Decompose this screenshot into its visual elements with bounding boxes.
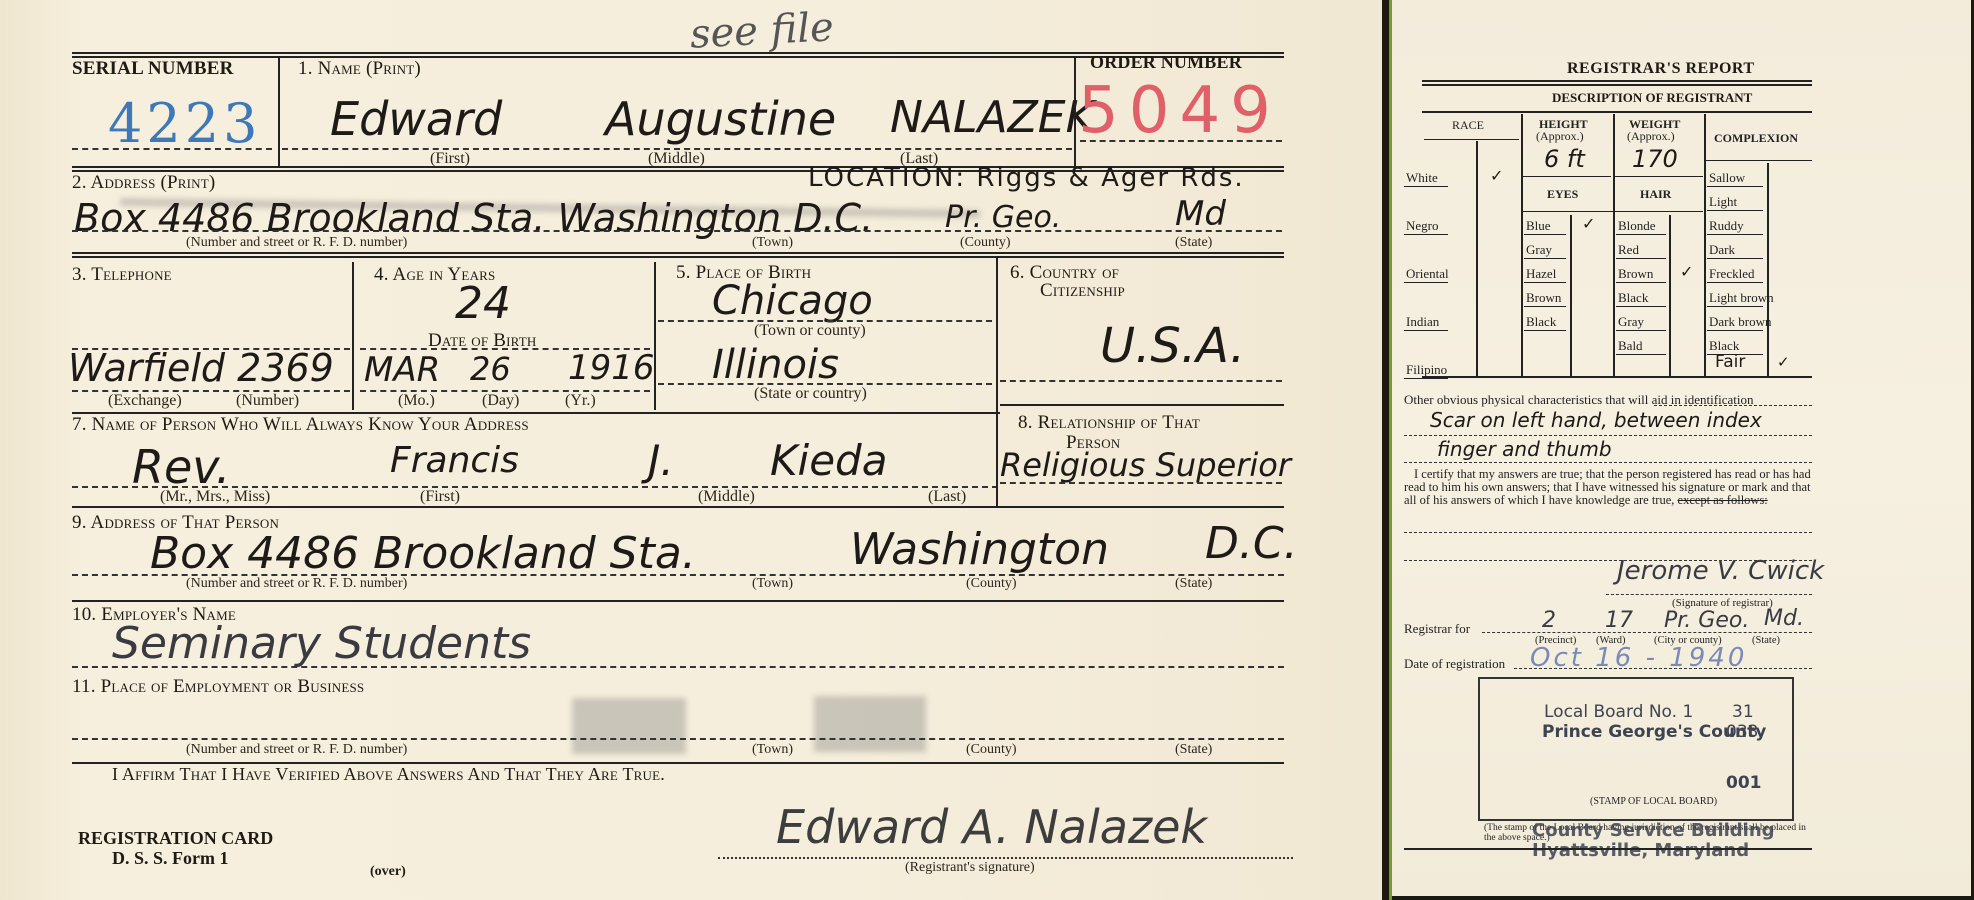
caption-pob-town: (Town or county) bbox=[754, 322, 866, 340]
serial-number-value: 4223 bbox=[108, 92, 261, 155]
weight-rule bbox=[1615, 176, 1703, 177]
over-note: (over) bbox=[370, 864, 406, 880]
race-header: RACE bbox=[1452, 118, 1484, 133]
complexion-header-rule bbox=[1706, 160, 1812, 161]
registrars-report-card: REGISTRAR'S REPORT DESCRIPTION OF REGIST… bbox=[1392, 0, 1971, 896]
complexion-row-rule bbox=[1707, 306, 1763, 307]
dob-month: MAR bbox=[364, 350, 440, 390]
complexion-option: Sallow bbox=[1709, 170, 1745, 186]
caption-state: (State) bbox=[1175, 235, 1212, 251]
race-option: Indian bbox=[1406, 314, 1439, 330]
redaction-town bbox=[572, 698, 686, 754]
other-dash-2 bbox=[1404, 462, 1812, 463]
divider-age-pob bbox=[654, 262, 656, 410]
contact-address-town: Washington bbox=[850, 524, 1109, 575]
eyes-row-rule bbox=[1524, 258, 1566, 259]
name-last: NALAZEK bbox=[890, 92, 1094, 143]
registrar-sig-dash bbox=[1606, 594, 1812, 595]
eyes-check-divider bbox=[1570, 215, 1572, 377]
caption-county: (County) bbox=[960, 235, 1011, 251]
check-mark-icon: ✓ bbox=[1582, 214, 1595, 234]
date-of-registration-value: Oct 16 - 1940 bbox=[1530, 643, 1747, 673]
eyes-hair-rule bbox=[1523, 211, 1703, 212]
weight-sub: (Approx.) bbox=[1627, 129, 1675, 144]
other-characteristics-line1: Scar on left hand, between index bbox=[1430, 408, 1762, 432]
caption-emp-town: (Town) bbox=[752, 742, 793, 758]
race-row-rule bbox=[1404, 282, 1448, 283]
caption-ca-state: (State) bbox=[1175, 576, 1212, 592]
report-subtitle: DESCRIPTION OF REGISTRANT bbox=[1552, 90, 1752, 106]
eyes-header: EYES bbox=[1547, 187, 1578, 202]
stamp-caption: (STAMP OF LOCAL BOARD) bbox=[1590, 796, 1717, 807]
report-title-rule bbox=[1422, 80, 1812, 86]
certification-struck: except as follows: bbox=[1678, 493, 1768, 507]
hair-option: Gray bbox=[1618, 314, 1644, 330]
name-middle: Augustine bbox=[605, 92, 836, 146]
employer-value: Seminary Students bbox=[112, 618, 531, 669]
address-label: 2. Address (Print) bbox=[72, 172, 215, 194]
race-row-rule bbox=[1404, 234, 1448, 235]
complexion-header: COMPLEXION bbox=[1714, 131, 1798, 146]
employer-dash bbox=[72, 666, 1284, 668]
order-dash bbox=[1080, 140, 1282, 142]
height-sub: (Approx.) bbox=[1536, 129, 1584, 144]
hair-option: Bald bbox=[1618, 338, 1643, 354]
registrar-precinct: 2 bbox=[1542, 608, 1556, 633]
form-title: REGISTRATION CARD bbox=[78, 828, 273, 849]
name-first: Edward bbox=[330, 92, 502, 146]
complexion-row-rule bbox=[1707, 210, 1763, 211]
stamp-num1: 31 bbox=[1732, 702, 1754, 722]
eyes-option: Hazel bbox=[1526, 266, 1556, 282]
hair-option: Blonde bbox=[1618, 218, 1656, 234]
contact-label: 7. Name of Person Who Will Always Know Y… bbox=[72, 414, 529, 436]
stamp-board: Local Board No. 1 bbox=[1544, 702, 1693, 722]
caption-contact-first: (First) bbox=[420, 488, 460, 506]
hair-row-rule bbox=[1616, 258, 1666, 259]
hair-row-rule bbox=[1616, 330, 1666, 331]
caption-contact-middle: (Middle) bbox=[698, 488, 755, 506]
contact-first: Francis bbox=[390, 440, 519, 481]
caption-pob-state: (State or country) bbox=[754, 385, 867, 403]
caption-ca-town: (Town) bbox=[752, 576, 793, 592]
redaction-county bbox=[814, 696, 926, 752]
race-height-divider bbox=[1521, 114, 1523, 377]
complexion-check-divider bbox=[1767, 163, 1769, 377]
serial-divider bbox=[278, 58, 280, 168]
check-mark-icon: ✓ bbox=[1680, 262, 1693, 282]
address-dash bbox=[72, 230, 1282, 232]
contact-address-state: D.C. bbox=[1205, 518, 1298, 569]
relationship-label-1: 8. Relationship of That bbox=[1018, 412, 1200, 434]
hair-option: Black bbox=[1618, 290, 1648, 306]
registrar-for-dash bbox=[1482, 632, 1812, 633]
affirmation-text: I Affirm That I Have Verified Above Answ… bbox=[112, 764, 665, 785]
divider-pob-citizen bbox=[996, 258, 998, 418]
hair-header: HAIR bbox=[1640, 187, 1671, 202]
eyes-option: Blue bbox=[1526, 218, 1551, 234]
contact-last: Kieda bbox=[770, 436, 887, 485]
eyes-option: Brown bbox=[1526, 290, 1561, 306]
weight-value: 170 bbox=[1632, 145, 1678, 173]
complexion-check-icon: ✓ bbox=[1777, 353, 1790, 372]
divider-contact-rel bbox=[996, 404, 998, 508]
dob-day: 26 bbox=[470, 350, 511, 388]
order-number-label: ORDER NUMBER bbox=[1090, 52, 1242, 73]
rule-after-row7 bbox=[72, 506, 1284, 508]
caption-contact-title: (Mr., Mrs., Miss) bbox=[160, 488, 270, 506]
employment-dash bbox=[72, 738, 1284, 740]
relationship-dash bbox=[1000, 482, 1282, 484]
race-option: Oriental bbox=[1406, 266, 1449, 282]
complexion-row-rule bbox=[1707, 234, 1763, 235]
hair-row-rule bbox=[1616, 282, 1666, 283]
complexion-row-rule bbox=[1707, 186, 1763, 187]
caption-emp-street: (Number and street or R. F. D. number) bbox=[186, 742, 407, 758]
address-state: Md bbox=[1175, 194, 1226, 234]
race-option: Negro bbox=[1406, 218, 1439, 234]
serial-dash bbox=[72, 148, 272, 150]
report-title: REGISTRAR'S REPORT bbox=[1567, 60, 1755, 78]
stamp-address-line1: County Service Building bbox=[1532, 820, 1775, 841]
hair-row-rule bbox=[1616, 234, 1666, 235]
registrant-signature: Edward A. Nalazek bbox=[776, 800, 1207, 854]
rule-after-address bbox=[72, 252, 1284, 258]
caption-emp-state: (State) bbox=[1175, 742, 1212, 758]
registrar-for-label: Registrar for bbox=[1404, 621, 1470, 637]
other-characteristics-line2: finger and thumb bbox=[1437, 437, 1612, 461]
other-dash-0 bbox=[1654, 405, 1812, 406]
stamp-address-line2: Hyattsville, Maryland bbox=[1532, 840, 1749, 861]
stamp-num3: 001 bbox=[1726, 773, 1762, 793]
hair-option: Red bbox=[1618, 242, 1639, 258]
registrar-state: Md. bbox=[1764, 606, 1804, 631]
race-header-rule bbox=[1424, 139, 1519, 140]
file-annotation: see file bbox=[689, 4, 835, 57]
caption-contact-last: (Last) bbox=[928, 488, 966, 506]
registration-card-front: see file SERIAL NUMBER 4223 1. Name (Pri… bbox=[0, 0, 1382, 900]
complexion-option: Ruddy bbox=[1709, 218, 1744, 234]
caption-ca-street: (Number and street or R. F. D. number) bbox=[186, 576, 407, 592]
race-row-rule bbox=[1404, 378, 1448, 379]
other-dash-1 bbox=[1404, 435, 1812, 436]
cert-dash-1 bbox=[1404, 532, 1812, 533]
date-of-registration-label: Date of registration bbox=[1404, 656, 1505, 672]
form-number: D. S. S. Form 1 bbox=[112, 848, 229, 869]
signature-caption: (Registrant's signature) bbox=[905, 860, 1035, 876]
contact-address-street: Box 4486 Brookland Sta. bbox=[150, 528, 696, 579]
rule-citizen-bottom bbox=[1000, 404, 1284, 406]
age-value: 24 bbox=[455, 278, 511, 329]
employment-label: 11. Place of Employment or Business bbox=[72, 676, 364, 698]
height-rule bbox=[1523, 176, 1611, 177]
complexion-option: Light bbox=[1709, 194, 1737, 210]
eyes-row-rule bbox=[1524, 234, 1566, 235]
bottom-rule bbox=[1404, 848, 1812, 850]
registrar-county: Pr. Geo. bbox=[1664, 608, 1749, 633]
eyes-row-rule bbox=[1524, 330, 1566, 331]
height-value: 6 ft bbox=[1544, 145, 1585, 173]
caption-emp-county: (County) bbox=[966, 742, 1017, 758]
serial-number-label: SERIAL NUMBER bbox=[72, 58, 234, 80]
stamp-num2: 033 bbox=[1726, 722, 1758, 742]
caption-street: (Number and street or R. F. D. number) bbox=[186, 235, 407, 251]
caption-ca-county: (County) bbox=[966, 576, 1017, 592]
caption-month: (Mo.) bbox=[398, 392, 435, 410]
telephone-value: Warfield 2369 bbox=[68, 346, 334, 390]
certification-text: I certify that my answers are true; that… bbox=[1404, 468, 1814, 507]
complexion-option: Light brown bbox=[1709, 290, 1774, 306]
hair-option: Brown bbox=[1618, 266, 1653, 282]
weight-complexion-divider bbox=[1704, 114, 1706, 377]
caption-day: (Day) bbox=[482, 392, 519, 410]
pob-state: Illinois bbox=[712, 342, 839, 388]
citizenship-label-2: Citizenship bbox=[1040, 280, 1125, 302]
address-value: Box 4486 Brookland Sta. Washington D.C. bbox=[74, 196, 873, 240]
complexion-row-rule bbox=[1707, 258, 1763, 259]
caption-town: (Town) bbox=[752, 235, 793, 251]
caption-year: (Yr.) bbox=[565, 392, 596, 410]
race-option: White bbox=[1406, 170, 1438, 186]
complexion-row-rule bbox=[1707, 330, 1763, 331]
race-option: Filipino bbox=[1406, 362, 1447, 378]
caption-exchange: (Exchange) bbox=[108, 392, 182, 410]
contact-middle: J. bbox=[648, 436, 674, 485]
eyes-option: Black bbox=[1526, 314, 1556, 330]
telephone-label: 3. Telephone bbox=[72, 264, 172, 286]
hair-row-rule bbox=[1616, 306, 1666, 307]
complexion-option: Freckled bbox=[1709, 266, 1754, 282]
address-location-note: LOCATION: Riggs & Ager Rds. bbox=[808, 163, 1245, 193]
check-mark-icon: ✓ bbox=[1490, 166, 1503, 186]
race-row-rule bbox=[1404, 186, 1448, 187]
eyes-row-rule bbox=[1524, 306, 1566, 307]
complexion-written: Fair bbox=[1715, 352, 1745, 372]
signature-line bbox=[718, 857, 1293, 859]
dob-year: 1916 bbox=[568, 348, 655, 388]
order-number-value: 5049 bbox=[1078, 74, 1281, 148]
race-row-rule bbox=[1404, 330, 1448, 331]
hair-row-rule bbox=[1616, 354, 1666, 355]
height-weight-divider bbox=[1613, 114, 1615, 377]
citizenship-dash bbox=[1000, 380, 1282, 382]
race-check-divider bbox=[1476, 141, 1478, 377]
divider-tel-age bbox=[352, 262, 354, 410]
complexion-row-rule bbox=[1707, 282, 1763, 283]
hair-check-divider bbox=[1669, 215, 1671, 377]
dob-label: Date of Birth bbox=[428, 330, 537, 352]
caption-reg-state: (State) bbox=[1752, 635, 1780, 646]
registrar-ward: 17 bbox=[1605, 608, 1633, 633]
registrar-signature: Jerome V. Cwick bbox=[1617, 556, 1824, 586]
relationship-value: Religious Superior bbox=[1000, 446, 1291, 484]
citizenship-value: U.S.A. bbox=[1100, 318, 1245, 374]
eyes-row-rule bbox=[1524, 282, 1566, 283]
order-divider bbox=[1074, 58, 1076, 168]
subtitle-rule bbox=[1422, 111, 1812, 113]
table-bottom-rule bbox=[1422, 376, 1812, 378]
rule-after-row9 bbox=[72, 600, 1284, 602]
eyes-option: Gray bbox=[1526, 242, 1552, 258]
name-label: 1. Name (Print) bbox=[298, 58, 421, 80]
complexion-option: Dark brown bbox=[1709, 314, 1771, 330]
complexion-option: Dark bbox=[1709, 242, 1735, 258]
caption-number: (Number) bbox=[236, 392, 299, 410]
pob-town: Chicago bbox=[712, 278, 873, 324]
